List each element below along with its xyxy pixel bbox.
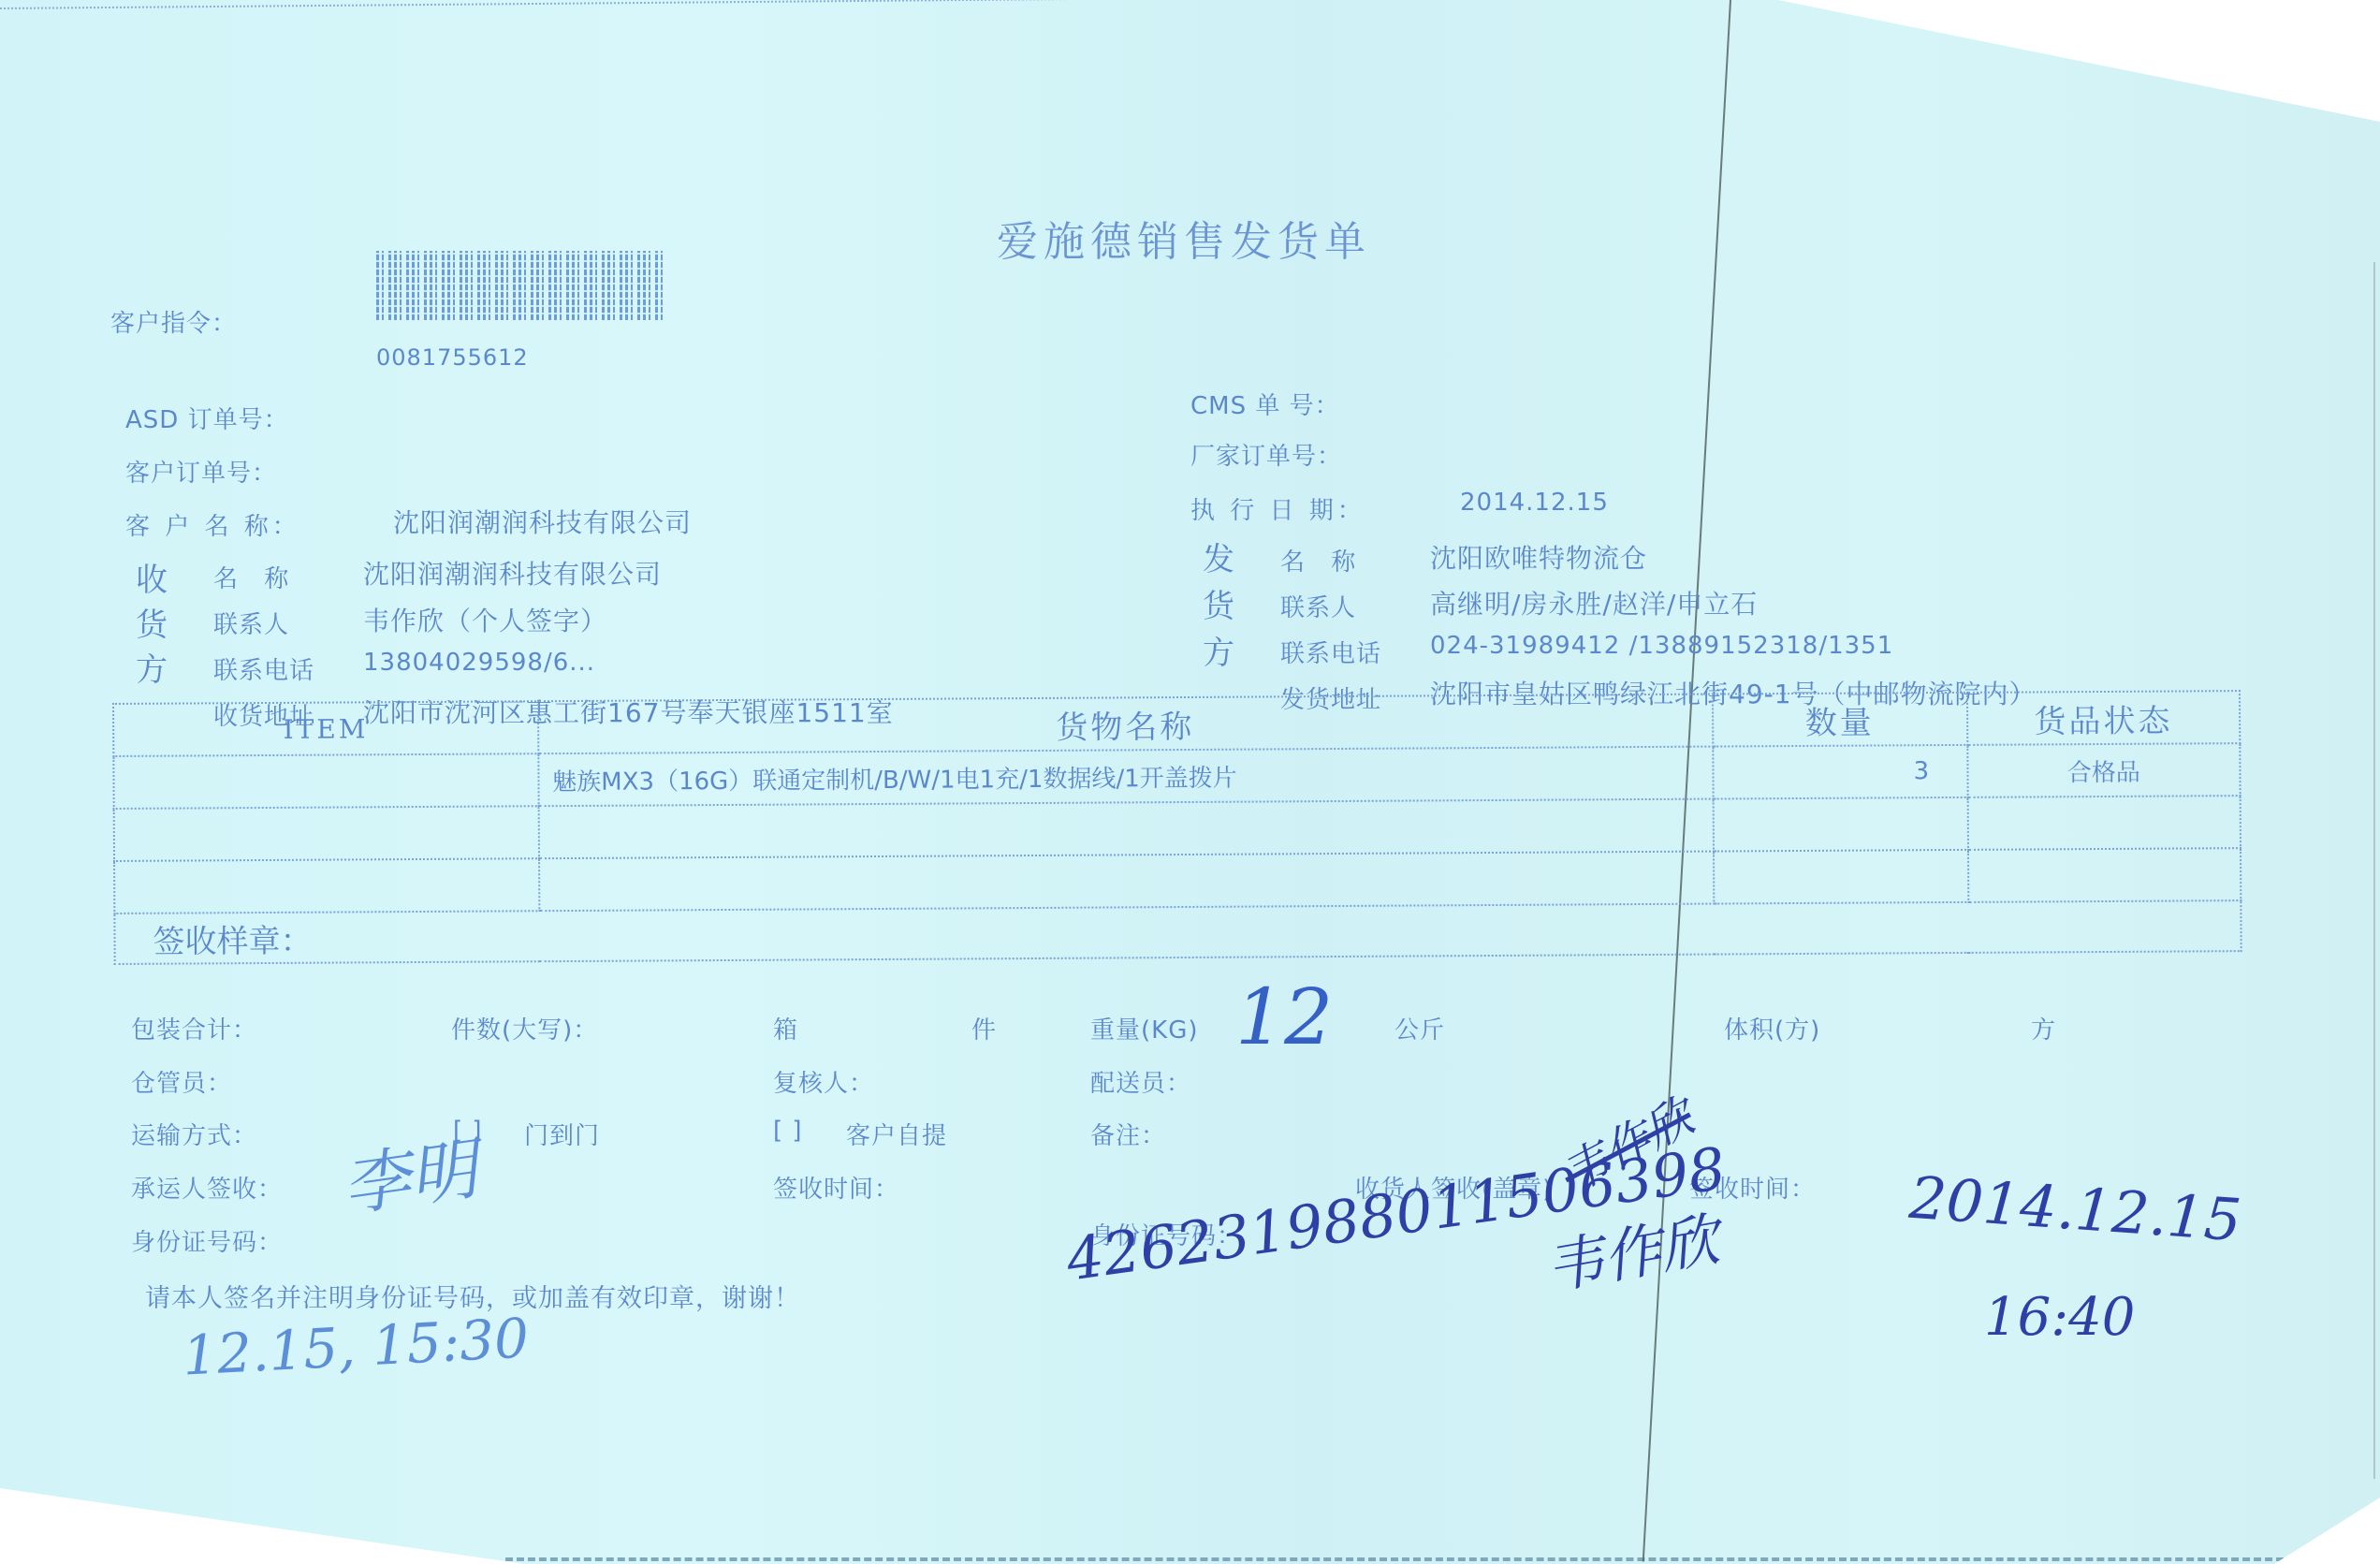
barcode-icon xyxy=(376,251,663,320)
row-quantity xyxy=(1714,850,1968,904)
customer-name-value: 沈阳润潮润科技有限公司 xyxy=(393,503,692,540)
row-goods-name xyxy=(538,799,1713,859)
row-goods-status xyxy=(1967,796,2241,850)
paper-edge xyxy=(2373,262,2375,1479)
receiver-phone-label: 联系电话 xyxy=(213,651,314,686)
self-pickup-label: 客户自提 xyxy=(846,1117,947,1151)
row-item xyxy=(114,806,539,861)
consignee-time-handwritten: 16:40 xyxy=(1984,1287,2135,1348)
row-goods-name xyxy=(539,852,1714,912)
customer-order-label: 客户订单号： xyxy=(125,454,277,489)
box-label: 箱 xyxy=(773,1011,798,1045)
exec-date-value: 2014.12.15 xyxy=(1460,489,1609,517)
reviewer-label: 复核人： xyxy=(773,1064,874,1099)
shipper-name-value: 沈阳欧唯特物流仓 xyxy=(1430,538,1647,576)
receiver-name-label: 名 称 xyxy=(213,560,298,594)
remarks-label: 备注： xyxy=(1090,1117,1166,1151)
id-number-label-left: 身份证号码： xyxy=(131,1223,283,1258)
row-goods-status: 合格品 xyxy=(1967,743,2241,797)
delivery-person-label: 配送员： xyxy=(1090,1064,1191,1099)
row-item xyxy=(114,858,539,914)
receiver-side-char-1: 收 xyxy=(136,554,169,600)
weight-label: 重量(KG) xyxy=(1090,1011,1199,1045)
shipper-side-char-2: 货 xyxy=(1203,580,1236,626)
delivery-note-sheet: 爱施德销售发货单 客户指令： 0081755612 ASD 订单号： 客户订单号… xyxy=(0,0,2380,1564)
barcode-number: 0081755612 xyxy=(376,344,529,371)
consignee-date-handwritten: 2014.12.15 xyxy=(1907,1163,2243,1255)
carrier-sign-label: 承运人签收： xyxy=(131,1170,283,1205)
kg-unit: 公斤 xyxy=(1394,1011,1445,1045)
weight-value-handwritten: 12 xyxy=(1235,973,1333,1062)
shipper-phone-value: 024-31989412 /13889152318/1351 xyxy=(1430,632,1893,660)
door-to-door-label: 门到门 xyxy=(524,1117,600,1151)
header-goods-name: 货物名称 xyxy=(538,694,1713,754)
shipper-name-label: 名 称 xyxy=(1280,543,1365,577)
package-total-label: 包装合计： xyxy=(131,1011,257,1045)
goods-table: ITEM 货物名称 数量 货品状态 魅族MX3（16G）联通定制机/B/W/1电… xyxy=(112,690,2242,965)
volume-label: 体积(方) xyxy=(1724,1011,1820,1045)
header-quantity: 数量 xyxy=(1713,693,1967,747)
pieces-caps-label: 件数(大写)： xyxy=(451,1011,598,1045)
shipper-contact-value: 高继明/房永胜/赵洋/申立石 xyxy=(1430,584,1758,621)
carrier-time-handwritten: 12.15, 15:30 xyxy=(181,1306,530,1387)
piece-label: 件 xyxy=(971,1011,997,1045)
row-quantity xyxy=(1713,797,1967,852)
customer-name-label: 客 户 名 称： xyxy=(125,507,300,542)
transport-method-label: 运输方式： xyxy=(131,1117,257,1151)
shipper-side-char-1: 发 xyxy=(1203,534,1236,579)
self-pickup-checkbox[interactable]: [ ] xyxy=(773,1117,803,1145)
receiver-contact-value: 韦作欣（个人签字） xyxy=(363,601,607,638)
receiver-name-value: 沈阳润潮润科技有限公司 xyxy=(363,554,662,592)
sign-time-label: 签收时间： xyxy=(773,1170,899,1205)
carrier-signature-handwritten: 李明 xyxy=(335,1114,482,1229)
shipper-contact-label: 联系人 xyxy=(1280,589,1356,623)
row-quantity: 3 xyxy=(1713,745,1967,799)
header-item: ITEM xyxy=(113,701,538,756)
asd-order-label: ASD 订单号： xyxy=(125,401,289,435)
row-goods-name: 魅族MX3（16G）联通定制机/B/W/1电1充/1数据线/1开盖拨片 xyxy=(538,747,1713,807)
header-goods-status: 货品状态 xyxy=(1967,691,2241,745)
row-goods-status xyxy=(1968,848,2241,902)
receiver-side-char-2: 货 xyxy=(136,599,169,645)
receiver-phone-value: 13804029598/6... xyxy=(363,649,595,677)
row-item xyxy=(113,753,538,809)
customer-instruction-label: 客户指令： xyxy=(110,304,237,339)
exec-date-label: 执 行 日 期： xyxy=(1190,491,1365,526)
shipper-side-char-3: 方 xyxy=(1203,627,1236,673)
document-title: 爱施德销售发货单 xyxy=(997,208,1371,268)
warehouse-keeper-label: 仓管员： xyxy=(131,1064,232,1099)
perforation-bottom xyxy=(505,1557,2284,1561)
cms-number-label: CMS 单 号： xyxy=(1190,387,1340,421)
shipper-phone-label: 联系电话 xyxy=(1280,635,1381,669)
receiver-side-char-3: 方 xyxy=(136,644,169,690)
receiver-contact-label: 联系人 xyxy=(213,606,289,640)
volume-unit: 方 xyxy=(2031,1011,2056,1045)
perforation-top xyxy=(0,0,1189,9)
factory-order-label: 厂家订单号： xyxy=(1190,437,1342,472)
